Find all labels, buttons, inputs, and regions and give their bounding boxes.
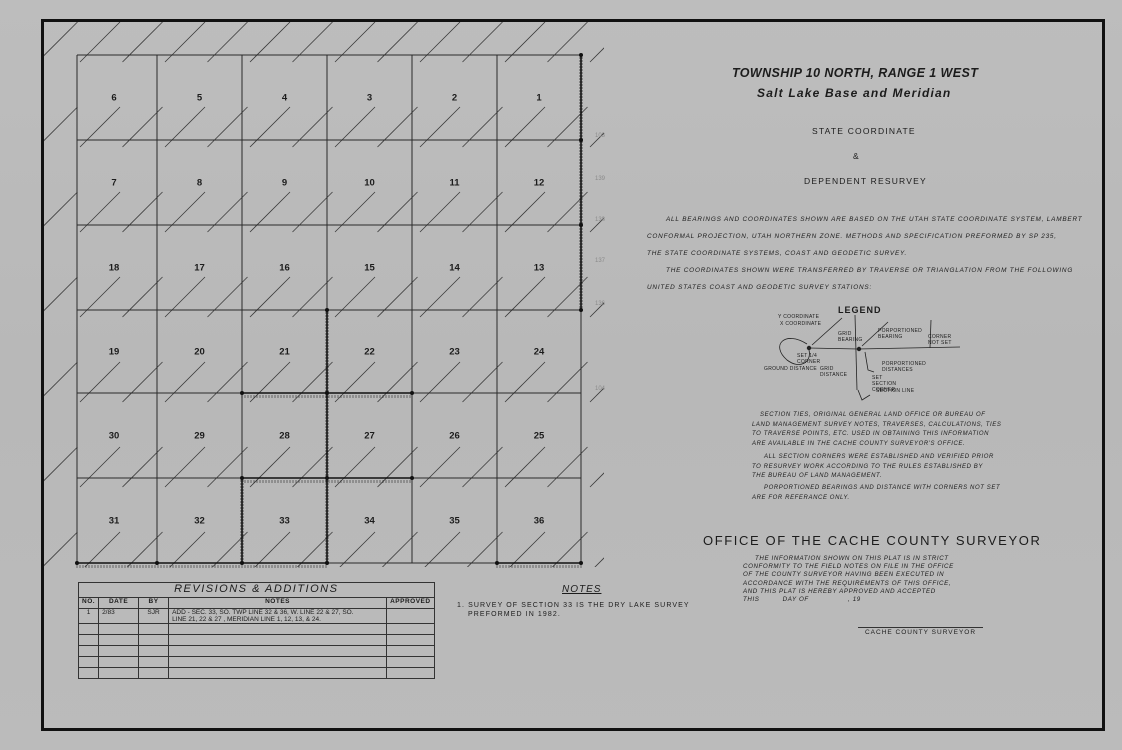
row1-notes-line2: LINE 21, 22 & 27 , MERIDIAN LINE 1, 12, … — [172, 616, 383, 623]
table-row-empty — [79, 657, 435, 668]
info-3-line-1: PORPORTIONED BEARINGS AND DISTANCE WITH … — [752, 484, 1000, 494]
survey-type-line1: STATE COORDINATE — [812, 126, 916, 136]
office-line-6: THIS DAY OF , 19 — [743, 596, 954, 604]
info-1-line-2: LAND MANAGEMENT SURVEY NOTES, TRAVERSES,… — [752, 421, 1001, 431]
legend-grid-bearing: GRID BEARING — [838, 331, 860, 343]
table-row-empty — [79, 668, 435, 679]
office-line-2: CONFORMITY TO THE FIELD NOTES ON FILE IN… — [743, 563, 954, 571]
township-title: TOWNSHIP 10 NORTH, RANGE 1 WEST — [732, 66, 978, 80]
note-1: 1. SURVEY OF SECTION 33 IS THE DRY LAKE … — [457, 601, 690, 619]
legend-x-coordinate: X COORDINATE — [780, 321, 821, 327]
info-2-line-2: TO RESURVEY WORK ACCORDING TO THE RULES … — [752, 463, 994, 473]
office-title: OFFICE OF THE CACHE COUNTY SURVEYOR — [703, 533, 1041, 548]
legend-ground-distance: GROUND DISTANCE — [764, 366, 817, 372]
legend-section-line: SECTION LINE — [876, 388, 914, 394]
survey-type-line3: DEPENDENT RESURVEY — [804, 176, 927, 186]
info-2-line-3: THE BUREAU OF LAND MANAGEMENT. — [752, 472, 994, 482]
info-1-line-3: TO TRAVERSE POINTS, ETC. USED IN OBTAINI… — [752, 430, 1001, 440]
info-2-line-1: ALL SECTION CORNERS WERE ESTABLISHED AND… — [752, 453, 994, 463]
revisions-header-row: NO. DATE BY NOTES APPROVED — [79, 598, 435, 609]
info-1-line-4: ARE AVAILABLE IN THE CACHE COUNTY SURVEY… — [752, 440, 1001, 450]
info-3-line-2: ARE FOR REFERANCE ONLY. — [752, 494, 1000, 504]
table-row-empty — [79, 624, 435, 635]
notes-title: NOTES — [562, 584, 601, 595]
office-line-1: THE INFORMATION SHOWN ON THIS PLAT IS IN… — [743, 555, 954, 563]
row1-date: 2/83 — [99, 609, 139, 624]
col-by: BY — [139, 598, 169, 609]
row1-by: SJR — [139, 609, 169, 624]
legend-porportioned-distances: PORPORTIONED DISTANCES — [882, 361, 932, 373]
meridian-subtitle: Salt Lake Base and Meridian — [757, 86, 951, 100]
office-statement: THE INFORMATION SHOWN ON THIS PLAT IS IN… — [743, 555, 954, 604]
legend-grid-distance: GRID DISTANCE — [820, 366, 850, 378]
surveyor-signature-line: CACHE COUNTY SURVEYOR — [858, 627, 983, 636]
table-row-empty — [79, 635, 435, 646]
legend-corner-not-set: CORNER NOT SET — [928, 334, 962, 346]
legend-set-quarter-corner: SET 1/4 CORNER — [797, 353, 825, 365]
basis-line-4: THE COORDINATES SHOWN WERE TRANSFERRED B… — [666, 262, 1073, 279]
info-paragraph-2: ALL SECTION CORNERS WERE ESTABLISHED AND… — [752, 453, 994, 482]
row1-no: 1 — [79, 609, 99, 624]
revisions-table: REVISIONS & ADDITIONS NO. DATE BY NOTES … — [78, 582, 435, 679]
col-notes: NOTES — [169, 598, 387, 609]
office-line-4: ACCORDANCE WITH THE REQUIREMENTS OF THIS… — [743, 580, 954, 588]
office-line-5: AND THIS PLAT IS HEREBY APPROVED AND ACC… — [743, 588, 954, 596]
basis-line-5: UNITED STATES COAST AND GEODETIC SURVEY … — [647, 279, 872, 296]
info-1-line-1: SECTION TIES, ORIGINAL GENERAL LAND OFFI… — [752, 411, 1001, 421]
info-paragraph-3: PORPORTIONED BEARINGS AND DISTANCE WITH … — [752, 484, 1000, 503]
office-line-3: OF THE COUNTY SURVEYOR HAVING BEEN EXECU… — [743, 571, 954, 579]
basis-line-1: ALL BEARINGS AND COORDINATES SHOWN ARE B… — [666, 211, 1082, 228]
revisions-title: REVISIONS & ADDITIONS — [79, 583, 435, 598]
col-date: DATE — [99, 598, 139, 609]
plat-sheet: 6543217891011121817161514131920212223243… — [0, 0, 1122, 750]
survey-type-line2: & — [853, 151, 860, 161]
legend-y-coordinate: Y COORDINATE — [778, 314, 819, 320]
legend-title: LEGEND — [838, 305, 882, 315]
legend-porportioned-bearing: PORPORTIONED BEARING — [878, 328, 926, 340]
note-1-line-1: 1. SURVEY OF SECTION 33 IS THE DRY LAKE … — [457, 601, 690, 610]
row1-notes: ADD - SEC. 33, SO. TWP LINE 32 & 36, W. … — [169, 609, 387, 624]
row1-approved — [387, 609, 435, 624]
col-no: NO. — [79, 598, 99, 609]
info-paragraph-1: SECTION TIES, ORIGINAL GENERAL LAND OFFI… — [752, 411, 1001, 449]
table-row-empty — [79, 646, 435, 657]
row1-notes-line1: ADD - SEC. 33, SO. TWP LINE 32 & 36, W. … — [172, 609, 383, 616]
basis-line-2: CONFORMAL PROJECTION, UTAH NORTHERN ZONE… — [647, 228, 1057, 245]
note-1-line-2: PREFORMED IN 1982. — [457, 610, 690, 619]
table-row: 1 2/83 SJR ADD - SEC. 33, SO. TWP LINE 3… — [79, 609, 435, 624]
basis-line-3: THE STATE COORDINATE SYSTEMS, COAST AND … — [647, 245, 907, 262]
col-approved: APPROVED — [387, 598, 435, 609]
